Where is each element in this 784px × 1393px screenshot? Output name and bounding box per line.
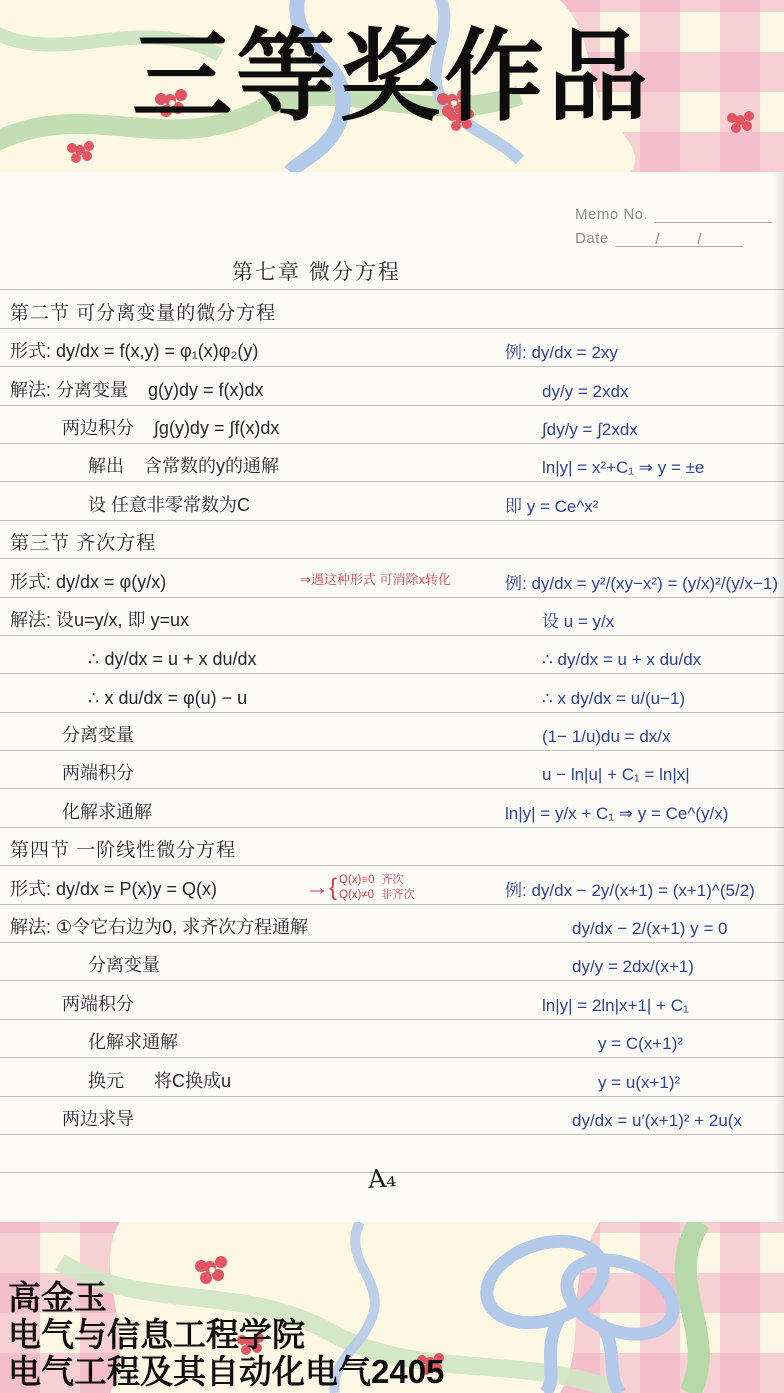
note-left-text: ∴ x du/dx = φ(u) − u bbox=[0, 688, 247, 709]
note-right-text: dy/dx − 2/(x+1) y = 0 bbox=[572, 919, 727, 939]
note-right-text: 例: dy/dx = 2xy bbox=[505, 338, 618, 363]
note-right-text: ln|y| = y/x + C₁ ⇒ y = Ce^(y/x) bbox=[505, 804, 728, 824]
note-row: 形式: dy/dx = P(x)y = Q(x)→{Q(x)≡0 齐次Q(x)≠… bbox=[0, 866, 784, 904]
note-right-text: ln|y| = x²+C₁ ⇒ y = ±e bbox=[542, 458, 704, 478]
note-left-text: 换元 将C换成u bbox=[0, 1067, 231, 1093]
author-name: 高金玉 bbox=[8, 1280, 444, 1317]
bottom-banner: 高金玉 电气与信息工程学院 电气工程及其自动化电气2405 bbox=[0, 1222, 784, 1393]
note-row: 两边求导dy/dx = u′(x+1)² + 2u(x bbox=[0, 1097, 784, 1135]
note-left-text: 形式: dy/dx = P(x)y = Q(x) bbox=[0, 875, 217, 901]
note-right-text: u − ln|u| + C₁ = ln|x| bbox=[542, 765, 690, 785]
note-right-text: ∫dy/y = ∫2xdx bbox=[542, 420, 638, 440]
note-left-text: 化解求通解 bbox=[0, 1028, 178, 1054]
note-row: 分离变量dy/y = 2dx/(x+1) bbox=[0, 943, 784, 981]
note-right-text: dy/dx = u′(x+1)² + 2u(x bbox=[572, 1111, 742, 1131]
note-row: 化解求通解y = C(x+1)² bbox=[0, 1020, 784, 1058]
note-right-text: ∴ x dy/dx = u/(u−1) bbox=[542, 689, 685, 709]
note-row: 第三节 齐次方程 bbox=[0, 521, 784, 559]
note-right-text: 例: dy/dx − 2y/(x+1) = (x+1)^(5/2) bbox=[505, 876, 755, 901]
note-row: 分离变量(1− 1/u)du = dx/x bbox=[0, 713, 784, 751]
author-info: 高金玉 电气与信息工程学院 电气工程及其自动化电气2405 bbox=[8, 1280, 444, 1391]
chapter-title: 第七章 微分方程 bbox=[0, 256, 401, 286]
note-row: 解出 含常数的y的通解ln|y| = x²+C₁ ⇒ y = ±e bbox=[0, 444, 784, 482]
note-left-text: 分离变量 bbox=[0, 951, 160, 977]
page-marker: A₄ bbox=[367, 1163, 397, 1194]
note-right-text: dy/y = 2xdx bbox=[542, 382, 628, 402]
memo-date-line: Date / / bbox=[575, 230, 775, 247]
memo-no-blank bbox=[654, 207, 772, 223]
note-row: 换元 将C换成uy = u(x+1)² bbox=[0, 1058, 784, 1096]
section-heading: 第四节 一阶线性微分方程 bbox=[0, 835, 236, 862]
note-left-text: 两边求导 bbox=[0, 1105, 134, 1131]
memo-no-label: Memo No. bbox=[575, 206, 648, 223]
note-left-text: 两边积分 ∫g(y)dy = ∫f(x)dx bbox=[0, 414, 279, 440]
note-right-text: dy/y = 2dx/(x+1) bbox=[572, 957, 694, 977]
memo-header: Memo No. Date / / bbox=[575, 206, 775, 254]
note-right-text: y = u(x+1)² bbox=[598, 1073, 680, 1093]
notes-rows: 第七章 微分方程第二节 可分离变量的微分方程形式: dy/dx = f(x,y)… bbox=[0, 252, 784, 1173]
note-row: 第四节 一阶线性微分方程 bbox=[0, 828, 784, 866]
memo-paper: Memo No. Date / / 第七章 微分方程第二节 可分离变量的微分方程… bbox=[0, 172, 784, 1222]
chapter-title-row: 第七章 微分方程 bbox=[0, 252, 784, 290]
note-right-text: y = C(x+1)² bbox=[598, 1034, 683, 1054]
red-annotation: ⇒遇这种形式 可消除x转化 bbox=[300, 569, 451, 588]
note-left-text: 形式: dy/dx = φ(y/x) bbox=[0, 568, 166, 594]
section-heading: 第三节 齐次方程 bbox=[0, 528, 156, 555]
top-banner: 三等奖作品 bbox=[0, 0, 784, 172]
section-heading: 第二节 可分离变量的微分方程 bbox=[0, 298, 276, 325]
note-row: 两边积分 ∫g(y)dy = ∫f(x)dx∫dy/y = ∫2xdx bbox=[0, 406, 784, 444]
note-right-text: 例: dy/dx = y²/(xy−x²) = (y/x)²/(y/x−1) bbox=[505, 569, 778, 594]
note-right-text: (1− 1/u)du = dx/x bbox=[542, 727, 671, 747]
note-left-text: 设 任意非零常数为C bbox=[0, 491, 250, 517]
note-left-text: 化解求通解 bbox=[0, 798, 152, 824]
red-annotation: →{Q(x)≡0 齐次Q(x)≠0 非齐次 bbox=[305, 873, 415, 903]
note-row: ∴ x du/dx = φ(u) − u∴ x dy/dx = u/(u−1) bbox=[0, 674, 784, 712]
note-row: 化解求通解ln|y| = y/x + C₁ ⇒ y = Ce^(y/x) bbox=[0, 789, 784, 827]
note-left-text: 解出 含常数的y的通解 bbox=[0, 452, 279, 478]
note-left-text: 两端积分 bbox=[0, 990, 134, 1016]
note-row: 解法: ①令它右边为0, 求齐次方程通解dy/dx − 2/(x+1) y = … bbox=[0, 905, 784, 943]
note-right-text: 设 u = y/x bbox=[542, 607, 614, 632]
note-row: 第二节 可分离变量的微分方程 bbox=[0, 290, 784, 328]
note-left-text: 分离变量 bbox=[0, 721, 134, 747]
note-row: 解法: 分离变量 g(y)dy = f(x)dxdy/y = 2xdx bbox=[0, 367, 784, 405]
note-row: ∴ dy/dx = u + x du/dx∴ dy/dx = u + x du/… bbox=[0, 636, 784, 674]
note-right-text: 即 y = Ce^x² bbox=[505, 492, 598, 517]
note-right-text: ∴ dy/dx = u + x du/dx bbox=[542, 650, 701, 670]
note-left-text: 解法: 分离变量 g(y)dy = f(x)dx bbox=[0, 376, 264, 402]
note-row: 形式: dy/dx = φ(y/x)⇒遇这种形式 可消除x转化例: dy/dx … bbox=[0, 559, 784, 597]
note-left-text: 解法: ①令它右边为0, 求齐次方程通解 bbox=[0, 913, 308, 939]
award-title: 三等奖作品 bbox=[0, 22, 784, 132]
memo-date-blank: / / bbox=[615, 231, 743, 247]
note-row: 两端积分u − ln|u| + C₁ = ln|x| bbox=[0, 751, 784, 789]
green-ribbon-icon bbox=[686, 1222, 700, 1393]
author-class: 电气工程及其自动化电气2405 bbox=[8, 1354, 444, 1391]
note-row: 设 任意非零常数为C即 y = Ce^x² bbox=[0, 482, 784, 520]
note-left-text: 两端积分 bbox=[0, 759, 134, 785]
note-right-text: ln|y| = 2ln|x+1| + C₁ bbox=[542, 996, 689, 1016]
note-row: 解法: 设u=y/x, 即 y=ux设 u = y/x bbox=[0, 598, 784, 636]
memo-date-label: Date bbox=[575, 230, 609, 247]
note-row: 两端积分ln|y| = 2ln|x+1| + C₁ bbox=[0, 981, 784, 1019]
note-left-text: 形式: dy/dx = f(x,y) = φ₁(x)φ₂(y) bbox=[0, 337, 258, 363]
note-left-text: ∴ dy/dx = u + x du/dx bbox=[0, 649, 257, 670]
memo-no-line: Memo No. bbox=[575, 206, 775, 223]
author-college: 电气与信息工程学院 bbox=[8, 1317, 444, 1354]
note-row: 形式: dy/dx = f(x,y) = φ₁(x)φ₂(y)例: dy/dx … bbox=[0, 329, 784, 367]
note-left-text: 解法: 设u=y/x, 即 y=ux bbox=[0, 606, 189, 632]
